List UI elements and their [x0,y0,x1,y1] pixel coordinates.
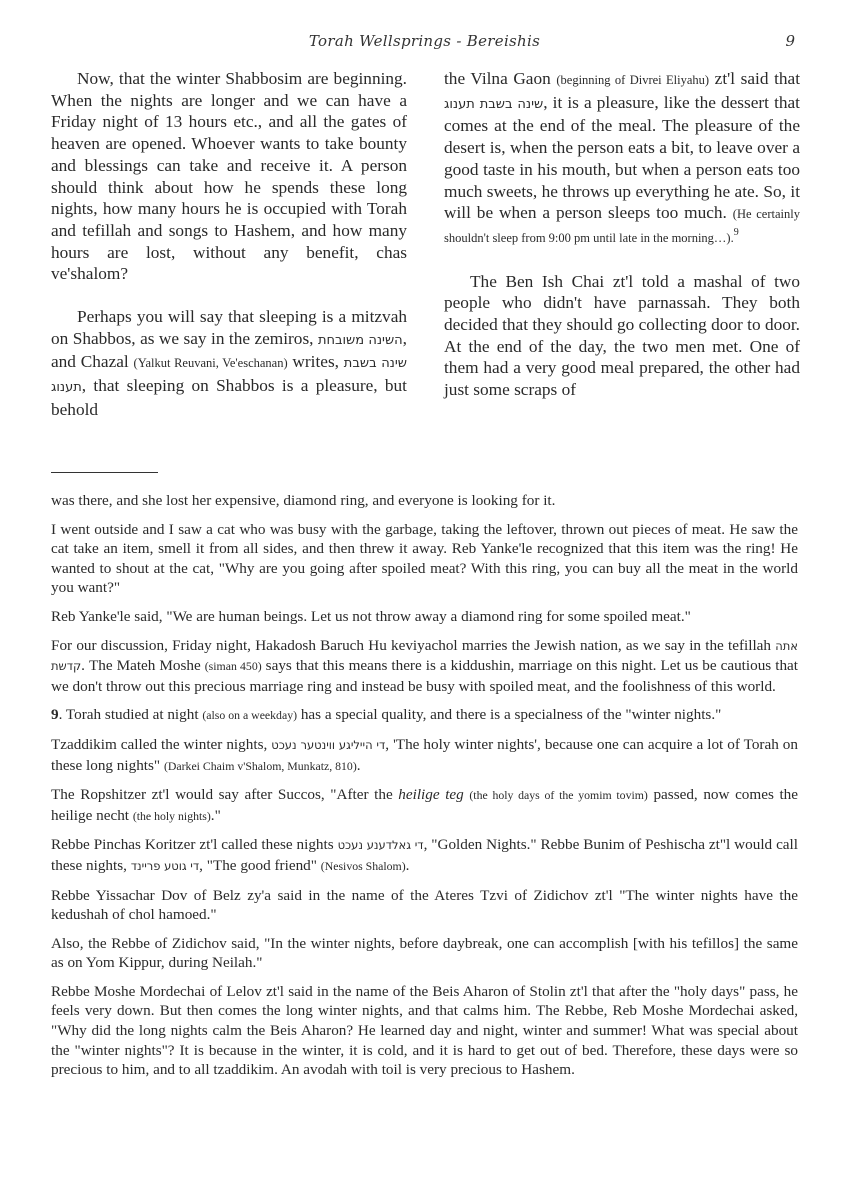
footnote-paragraph: Tzaddikim called the winter nights, די ה… [51,735,798,776]
paragraph: Now, that the winter Shabbosim are begin… [51,68,407,285]
footnote-paragraph: 9. Torah studied at night (also on a wee… [51,705,798,726]
text: Rebbe Pinchas Koritzer zt'l called these… [51,836,338,853]
text: the Vilna Gaon [444,69,556,88]
text: , "The good friend" [199,857,321,874]
footnote-paragraph: Reb Yanke'le said, "We are human beings.… [51,607,798,627]
left-column: Now, that the winter Shabbosim are begin… [51,68,407,421]
hebrew-text: די גאלדענע נעכט [338,838,424,852]
hebrew-text: די הייליגע ווינטער נעכט [271,738,385,752]
hebrew-text: שינה בשבת תענוג [444,97,543,112]
footnote-paragraph: For our discussion, Friday night, Hakado… [51,636,798,697]
footnote-separator [51,472,158,473]
source-citation: (Nesivos Shalom) [321,859,406,873]
paragraph: the Vilna Gaon (beginning of Divrei Eliy… [444,68,800,250]
footnote-number: 9 [51,706,59,723]
footnote-paragraph: I went outside and I saw a cat who was b… [51,520,798,598]
text: zt'l said that [709,69,800,88]
hebrew-text: די גוטע פריינד [131,859,199,873]
source-citation: (siman 450) [205,659,262,673]
source-citation: (Darkei Chaim v'Shalom, Munkatz, 810) [164,759,357,773]
source-citation: (the holy days of the yomim tovim) [469,788,648,802]
footnote-paragraph: was there, and she lost her expensive, d… [51,491,798,511]
text: , it is a pleasure, like the dessert tha… [444,93,800,223]
text: Tzaddikim called the winter nights, [51,736,271,753]
right-column: the Vilna Gaon (beginning of Divrei Eliy… [444,68,800,401]
paragraph: Perhaps you will say that sleeping is a … [51,306,407,421]
text: ." [211,807,221,824]
paragraph: The Ben Ish Chai zt'l told a mashal of t… [444,271,800,401]
text: . [357,757,361,774]
text: For our discussion, Friday night, Hakado… [51,637,775,654]
source-citation: (beginning of Divrei Eliyahu) [556,73,709,87]
text: , that sleeping on Shabbos is a pleasure… [51,376,407,419]
text: . [406,857,410,874]
footnote-paragraph: Rebbe Pinchas Koritzer zt'l called these… [51,835,798,876]
text: The Ropshitzer zt'l would say after Succ… [51,786,398,803]
source-citation: (the holy nights) [133,809,211,823]
source-citation: (also on a weekday) [202,708,297,722]
footnote-paragraph: Also, the Rebbe of Zidichov said, "In th… [51,934,798,973]
text: has a special quality, and there is a sp… [297,706,721,723]
text: . Torah studied at night [59,706,203,723]
text: writes, [288,352,344,371]
running-title: Torah Wellsprings - Bereishis [0,32,849,50]
source-citation: (Yalkut Reuvani, Ve'eschanan) [134,356,288,370]
footnote-paragraph: Rebbe Moshe Mordechai of Lelov zt'l said… [51,982,798,1080]
hebrew-text: השינה משובחת [318,333,403,348]
footnote-paragraph: Rebbe Yissachar Dov of Belz zy'a said in… [51,886,798,925]
footnote-reference[interactable]: 9 [734,227,739,238]
italic-text: heilige teg [398,786,463,803]
page-header: Torah Wellsprings - Bereishis 9 [0,30,849,54]
text: . The Mateh Moshe [81,657,205,674]
footnote-paragraph: The Ropshitzer zt'l would say after Succ… [51,785,798,826]
page-number: 9 [785,32,795,50]
footnotes-section: was there, and she lost her expensive, d… [51,491,798,1089]
